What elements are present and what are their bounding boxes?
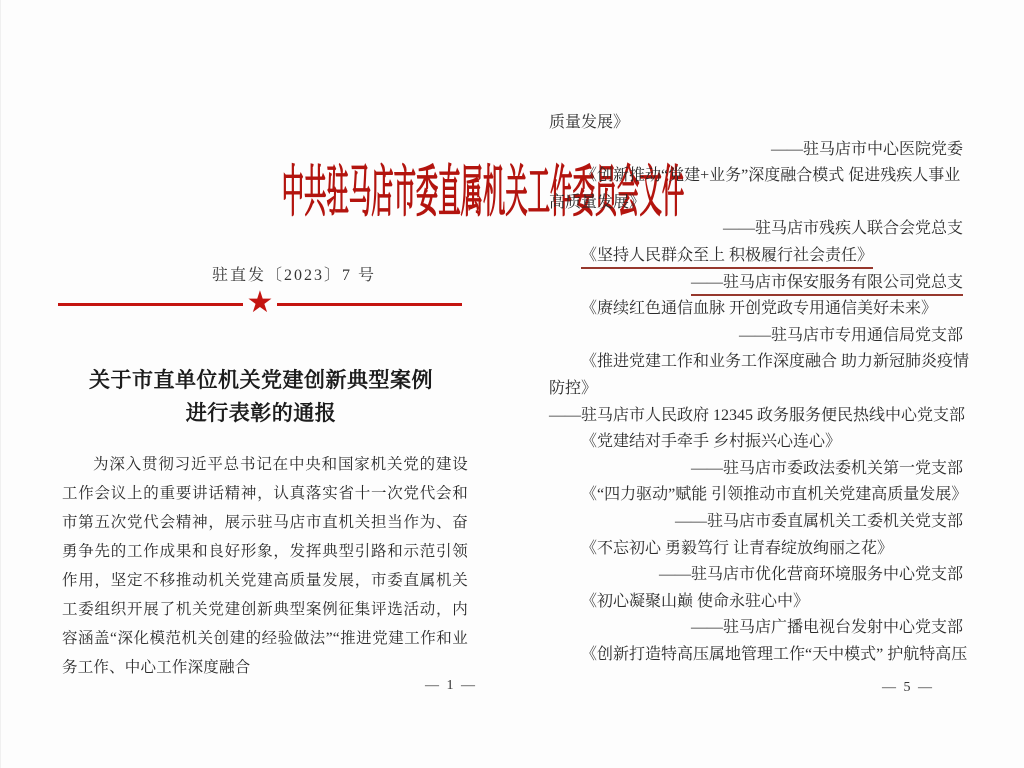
attribution-line: ——驻马店广播电视台发射中心党支部 bbox=[549, 615, 995, 642]
document-title-line1: 关于市直单位机关党建创新典型案例 bbox=[89, 368, 433, 392]
document-title: 关于市直单位机关党建创新典型案例 进行表彰的通报 bbox=[15, 364, 507, 430]
page-number-5: — 5 — bbox=[882, 680, 934, 696]
case-title-line: 《推进党建工作和业务工作深度融合 助力新冠肺炎疫情 bbox=[549, 349, 995, 376]
page-number-1: — 1 — bbox=[425, 678, 477, 694]
case-list: 质量发展》 ——驻马店市中心医院党委 《创新推动“党建+业务”深度融合模式 促进… bbox=[549, 110, 995, 668]
case-title-line: 《不忘初心 勇毅笃行 让青春绽放绚丽之花》 bbox=[549, 536, 995, 563]
attribution-line: ——驻马店市人民政府 12345 政务服务便民热线中心党支部 bbox=[549, 403, 995, 430]
case-title-continuation: 防控》 bbox=[549, 376, 995, 403]
attribution-line: ——驻马店市优化营商环境服务中心党支部 bbox=[549, 562, 995, 589]
red-underlined-text: 《坚持人民群众至上 积极履行社会责任》 bbox=[581, 247, 873, 269]
document-number: 驻直发〔2023〕7 号 bbox=[15, 262, 507, 285]
case-title-line: 《赓续红色通信血脉 开创党政专用通信美好未来》 bbox=[549, 296, 995, 323]
star-icon: ★ bbox=[247, 288, 274, 318]
attribution-line: ——驻马店市残疾人联合会党总支 bbox=[549, 216, 995, 243]
attribution-line: ——驻马店市委政法委机关第一党支部 bbox=[549, 456, 995, 483]
case-title-continuation: 高质量发展》 bbox=[549, 190, 995, 217]
red-divider-rule: ★ bbox=[58, 288, 462, 320]
body-paragraph: 为深入贯彻习近平总书记在中央和国家机关党的建设工作会议上的重要讲话精神，认真落实… bbox=[62, 450, 468, 682]
rule-segment-right bbox=[277, 303, 462, 306]
document-page-5: 质量发展》 ——驻马店市中心医院党委 《创新推动“党建+业务”深度融合模式 促进… bbox=[507, 0, 1012, 754]
case-title-line: 《“四力驱动”赋能 引领推动市直机关党建高质量发展》 bbox=[549, 482, 995, 509]
attribution-line: ——驻马店市委直属机关工委机关党支部 bbox=[549, 509, 995, 536]
attribution-line-underlined: ——驻马店市保安服务有限公司党总支 bbox=[549, 270, 995, 297]
attribution-line: ——驻马店市专用通信局党支部 bbox=[549, 323, 995, 350]
case-title-line: 《创新打造特高压属地管理工作“天中模式” 护航特高压 bbox=[549, 642, 995, 669]
red-underlined-text: ——驻马店市保安服务有限公司党总支 bbox=[691, 274, 963, 296]
case-title-line: 《初心凝聚山巅 使命永驻心中》 bbox=[549, 589, 995, 616]
rule-segment-left bbox=[58, 303, 243, 306]
case-title-continuation: 质量发展》 bbox=[549, 110, 995, 137]
document-title-line2: 进行表彰的通报 bbox=[186, 401, 337, 425]
case-title-line-underlined: 《坚持人民群众至上 积极履行社会责任》 bbox=[549, 243, 995, 270]
attribution-line: ——驻马店市中心医院党委 bbox=[549, 137, 995, 164]
case-title-line: 《党建结对手牵手 乡村振兴心连心》 bbox=[549, 429, 995, 456]
red-header-banner: 中共驻马店市委直属机关工作委员会文件 bbox=[15, 146, 507, 212]
document-page-1: 中共驻马店市委直属机关工作委员会文件 驻直发〔2023〕7 号 ★ 关于市直单位… bbox=[15, 0, 507, 754]
scanned-document: 中共驻马店市委直属机关工作委员会文件 驻直发〔2023〕7 号 ★ 关于市直单位… bbox=[0, 0, 1024, 768]
case-title-line: 《创新推动“党建+业务”深度融合模式 促进残疾人事业 bbox=[549, 163, 995, 190]
